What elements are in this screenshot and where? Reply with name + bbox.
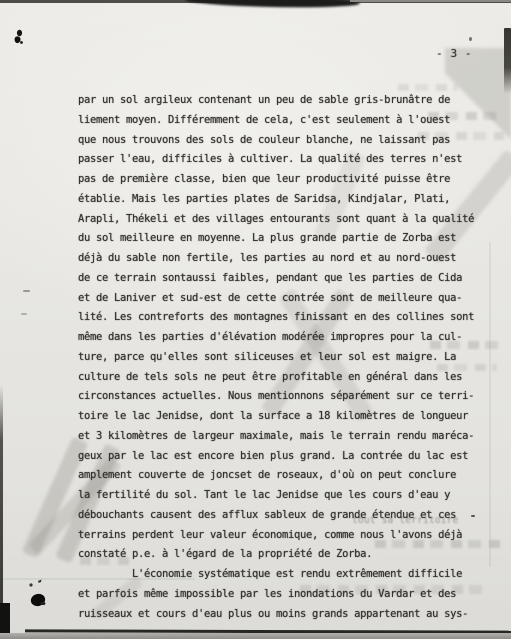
- paper-crease-vertical: [489, 242, 491, 567]
- ink-speck-top-right: [469, 37, 472, 41]
- ink-blot-bottom-left: [24, 576, 54, 612]
- scan-edge-bottom-band: [0, 633, 511, 639]
- ink-blot-top-left: [10, 26, 34, 52]
- margin-dash: [21, 313, 27, 315]
- scan-edge-right: [504, 28, 511, 94]
- ink-speck-margin: [471, 515, 475, 517]
- scan-edge-top-right: [350, 0, 511, 2]
- scan-edge-top-shadow: [185, 0, 360, 9]
- page-number: - 3 -: [436, 47, 472, 60]
- ghost-text-smudge: [398, 84, 458, 91]
- margin-dash: [23, 290, 30, 292]
- typewritten-body-text: par un sol argileux contenant un peu de …: [78, 91, 474, 624]
- scan-edge-left: [0, 385, 3, 607]
- scanned-document-page: tout sa territoire - 3 - par un sol argi…: [0, 0, 511, 639]
